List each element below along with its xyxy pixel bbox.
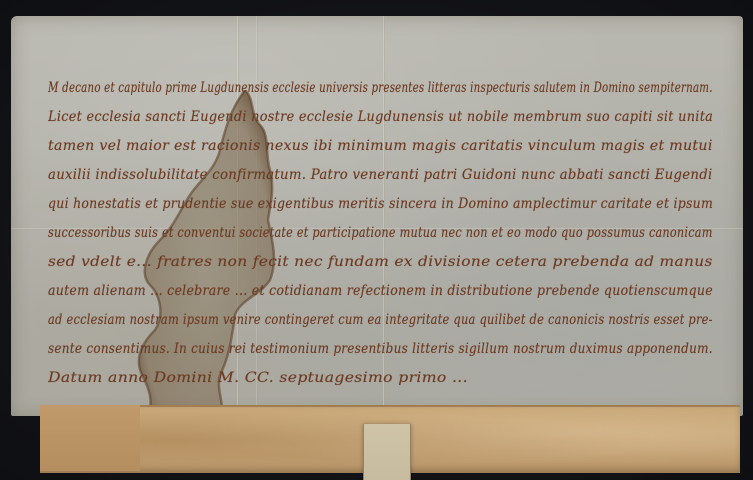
text-line-1-content: M decano et capitulo prime Lugdunensis e… — [48, 80, 713, 96]
text-line-8: autem alienam ... celebrare ... et cotid… — [48, 283, 718, 312]
text-line-5-content: qui honestatis et prudentie sue exigenti… — [48, 196, 713, 212]
charter-text: M decano et capitulo prime Lugdunensis e… — [48, 80, 718, 399]
text-line-7-content: sed vdelt e... fratres non fecit nec fun… — [48, 254, 713, 270]
text-line-4-content: auxilii indissolubilitate confirmatum. P… — [48, 167, 713, 183]
text-line-2-content: Licet ecclesia sancti Eugendi nostre ecc… — [48, 109, 713, 125]
text-line-9-content: ad ecclesiam nostram ipsum venire contin… — [48, 312, 713, 328]
text-line-9: ad ecclesiam nostram ipsum venire contin… — [48, 312, 718, 341]
plica-left-section — [40, 405, 140, 471]
seal-tag — [363, 424, 411, 480]
text-line-6-content: successoribus suis et conventui societat… — [48, 225, 713, 241]
text-line-8-content: autem alienam ... celebrare ... et cotid… — [48, 283, 713, 299]
text-line-7: sed vdelt e... fratres non fecit nec fun… — [48, 254, 718, 283]
text-line-6: successoribus suis et conventui societat… — [48, 225, 718, 254]
text-line-11: Datum anno Domini M. CC. septuagesimo pr… — [48, 370, 718, 399]
text-line-4: auxilii indissolubilitate confirmatum. P… — [48, 167, 718, 196]
text-line-3: tamen vel maior est racionis nexus ibi m… — [48, 138, 718, 167]
text-line-2: Licet ecclesia sancti Eugendi nostre ecc… — [48, 109, 718, 138]
text-line-11-content: Datum anno Domini M. CC. septuagesimo pr… — [48, 370, 468, 386]
text-line-1: M decano et capitulo prime Lugdunensis e… — [48, 80, 718, 109]
text-line-3-content: tamen vel maior est racionis nexus ibi m… — [48, 138, 713, 154]
text-line-10-content: sente consentimus. In cuius rei testimon… — [48, 341, 713, 357]
scan-background: M decano et capitulo prime Lugdunensis e… — [0, 0, 753, 480]
text-line-5: qui honestatis et prudentie sue exigenti… — [48, 196, 718, 225]
text-line-10: sente consentimus. In cuius rei testimon… — [48, 341, 718, 370]
